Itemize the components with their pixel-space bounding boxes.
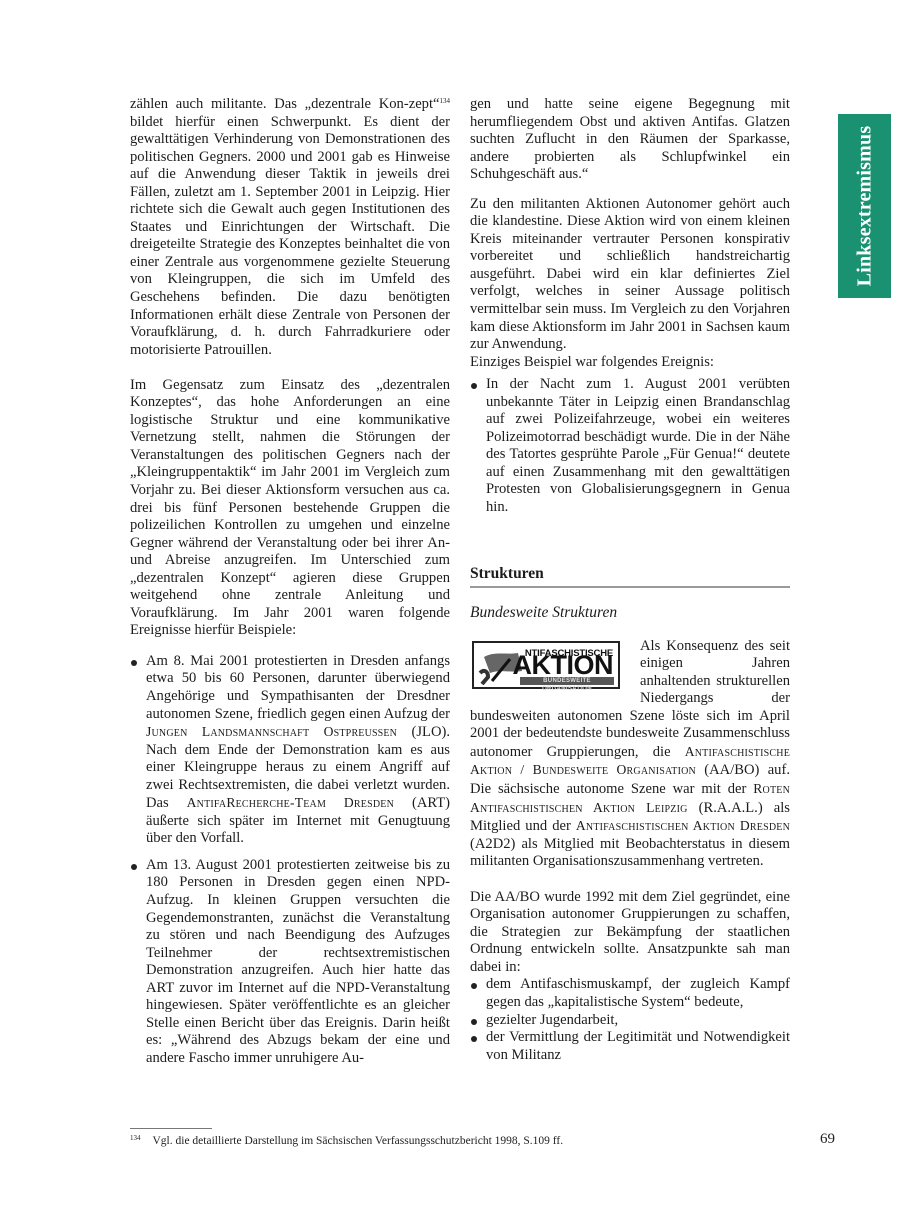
paragraph-klandestine: Zu den militanten Aktionen Autonomer geh…: [470, 196, 790, 354]
paragraph-example-intro: Einziges Beispiel war folgendes Ereignis…: [470, 354, 790, 372]
logo-text-bottom: BUNDESWEITE ORGANISATION: [520, 677, 614, 685]
paragraph-kleingruppentaktik: Im Gegensatz zum Einsatz des „dezentrale…: [130, 377, 450, 640]
footnote-text: Vgl. die detaillierte Darstellung im Säc…: [153, 1135, 564, 1147]
chapter-side-tab: Linksextremismus: [838, 114, 891, 298]
list-item: gezielter Jugendarbeit,: [470, 1012, 790, 1030]
list-item-text: Am 8. Mai 2001 protestierten in Dresden …: [146, 653, 450, 722]
page-number: 69: [820, 1131, 835, 1148]
list-item: Am 8. Mai 2001 protestierten in Dresden …: [130, 653, 450, 848]
paragraph-text: bildet hierfür einen Schwerpunkt. Es die…: [130, 114, 450, 358]
subsection-heading: Bundesweite Strukturen: [470, 604, 790, 622]
aabo-paragraph-with-logo: NTIFASCHISTISCHE AKTION BUNDESWEITE ORGA…: [470, 638, 790, 871]
paragraph-aabo-founding: Die AA/BO wurde 1992 mit dem Ziel gegrün…: [470, 889, 790, 977]
antifa-logo: NTIFASCHISTISCHE AKTION BUNDESWEITE ORGA…: [472, 641, 620, 689]
example-list: Am 8. Mai 2001 protestierten in Dresden …: [130, 653, 450, 1068]
footnote-divider: [130, 1128, 212, 1129]
logo-text-main: AKTION: [513, 651, 614, 679]
list-item: In der Nacht zum 1. August 2001 verübten…: [470, 376, 790, 516]
right-column: gen und hatte seine eigene Begegnung mit…: [470, 96, 790, 1064]
paragraph-text: (A2D2) als Mitglied mit Beobachterstatus…: [470, 836, 790, 870]
list-item: der Vermittlung der Legitimität und Notw…: [470, 1029, 790, 1064]
section-heading: Strukturen: [470, 565, 790, 588]
org-name: Jungen Landsmannschaft Ostpreußen: [146, 724, 397, 739]
list-item: Am 13. August 2001 protestierten zeitwei…: [130, 857, 450, 1068]
paragraph-continuation: gen und hatte seine eigene Begegnung mit…: [470, 96, 790, 184]
org-name: Antifaschistischen Aktion Dresden: [576, 818, 790, 833]
footnote-number: 134: [130, 1134, 141, 1142]
paragraph-dezentrale-konzept: zählen auch militante. Das „dezentrale K…: [130, 96, 450, 359]
left-column: zählen auch militante. Das „dezentrale K…: [130, 96, 450, 1067]
klandestine-example-list: In der Nacht zum 1. August 2001 verübten…: [470, 376, 790, 516]
org-name: AntifaRecherche-Team Dresden: [187, 795, 394, 810]
chapter-side-tab-label: Linksextremismus: [853, 126, 876, 287]
ansatzpunkte-list: dem Antifaschismuskampf, der zugleich Ka…: [470, 976, 790, 1064]
footnote-reference[interactable]: 134: [440, 97, 451, 105]
paragraph-text: zählen auch militante. Das „dezentrale K…: [130, 96, 440, 112]
footnote: 134Vgl. die detaillierte Darstellung im …: [130, 1134, 563, 1147]
list-item: dem Antifaschismuskampf, der zugleich Ka…: [470, 976, 790, 1011]
